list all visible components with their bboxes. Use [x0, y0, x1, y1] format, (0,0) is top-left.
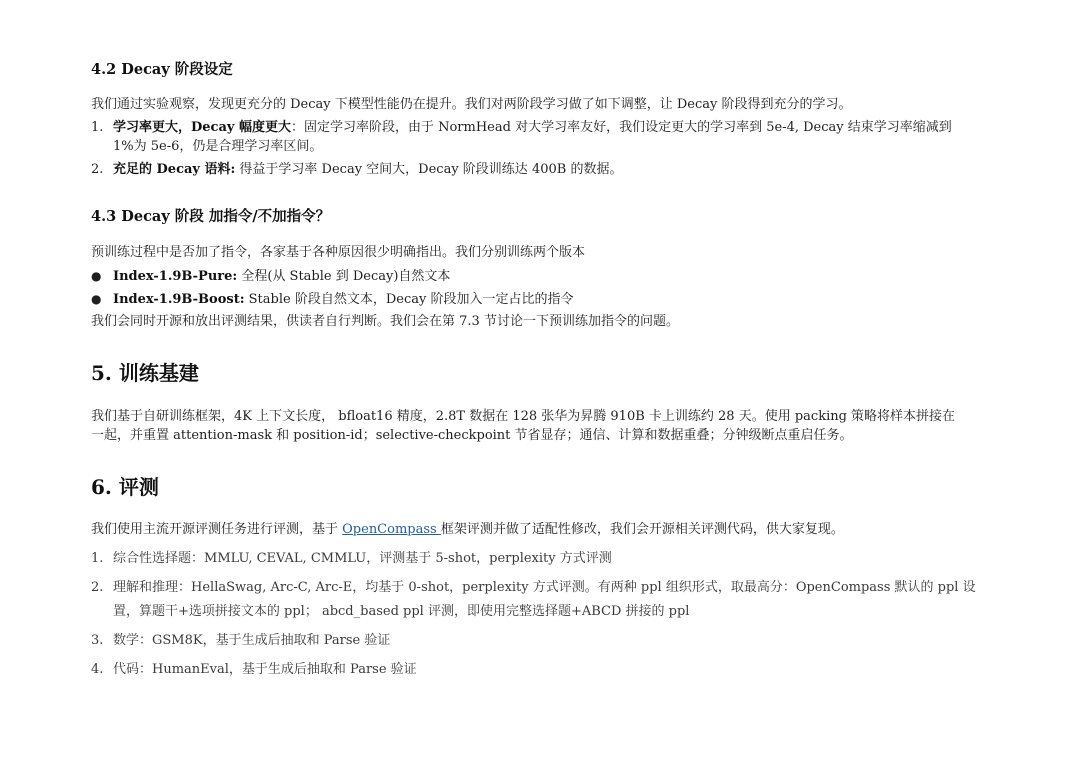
- list-item: 4.代码：HumanEval，基于生成后抽取和 Parse 验证: [91, 661, 417, 679]
- opencompass-link[interactable]: OpenCompass: [342, 522, 441, 537]
- section-4-2-intro: 我们通过实验观察，发现更充分的 Decay 下模型性能仍在提升。我们对两阶段学习…: [91, 96, 852, 114]
- section-5-line2: 一起，并重置 attention-mask 和 position-id；sele…: [91, 427, 853, 445]
- bullet-item: ●Index-1.9B-Boost: Stable 阶段自然文本，Decay 阶…: [91, 290, 573, 309]
- list-item: 3.数学：GSM8K，基于生成后抽取和 Parse 验证: [91, 632, 390, 650]
- section-5-heading: 5. 训练基建: [91, 357, 199, 386]
- section-5-line1: 我们基于自研训练框架，4K 上下文长度， bfloat16 精度，2.8T 数据…: [91, 408, 955, 426]
- section-4-2-heading: 4.2 Decay 阶段设定: [91, 58, 233, 79]
- list-item: 2.充足的 Decay 语料: 得益于学习率 Decay 空间大，Decay 阶…: [91, 161, 622, 179]
- bullet-item: ●Index-1.9B-Pure: 全程(从 Stable 到 Decay)自然…: [91, 267, 450, 286]
- list-item: 2.理解和推理：HellaSwag, Arc-C, Arc-E，均基于 0-sh…: [91, 579, 976, 597]
- list-item: 1.综合性选择题：MMLU, CEVAL, CMMLU，评测基于 5-shot，…: [91, 550, 612, 568]
- list-item-continuation: 置，算题干+选项拼接文本的 ppl； abcd_based ppl 评测，即使用…: [113, 603, 689, 621]
- section-4-3-outro: 我们会同时开源和放出评测结果，供读者自行判断。我们会在第 7.3 节讨论一下预训…: [91, 313, 679, 331]
- section-6-intro: 我们使用主流开源评测任务进行评测，基于 OpenCompass 框架评测并做了适…: [91, 521, 844, 539]
- section-4-3-intro: 预训练过程中是否加了指令，各家基于各种原因很少明确指出。我们分别训练两个版本: [91, 244, 585, 262]
- section-4-3-heading: 4.3 Decay 阶段 加指令/不加指令？: [91, 205, 330, 226]
- list-item-continuation: 1%为 5e-6，仍是合理学习率区间。: [113, 138, 322, 156]
- document-page: 4.2 Decay 阶段设定 我们通过实验观察，发现更充分的 Decay 下模型…: [0, 0, 1080, 763]
- list-item: 1.学习率更大，Decay 幅度更大：固定学习率阶段，由于 NormHead 对…: [91, 119, 952, 137]
- section-6-heading: 6. 评测: [91, 471, 159, 500]
- bullet-icon: ●: [91, 290, 113, 308]
- bullet-icon: ●: [91, 267, 113, 285]
